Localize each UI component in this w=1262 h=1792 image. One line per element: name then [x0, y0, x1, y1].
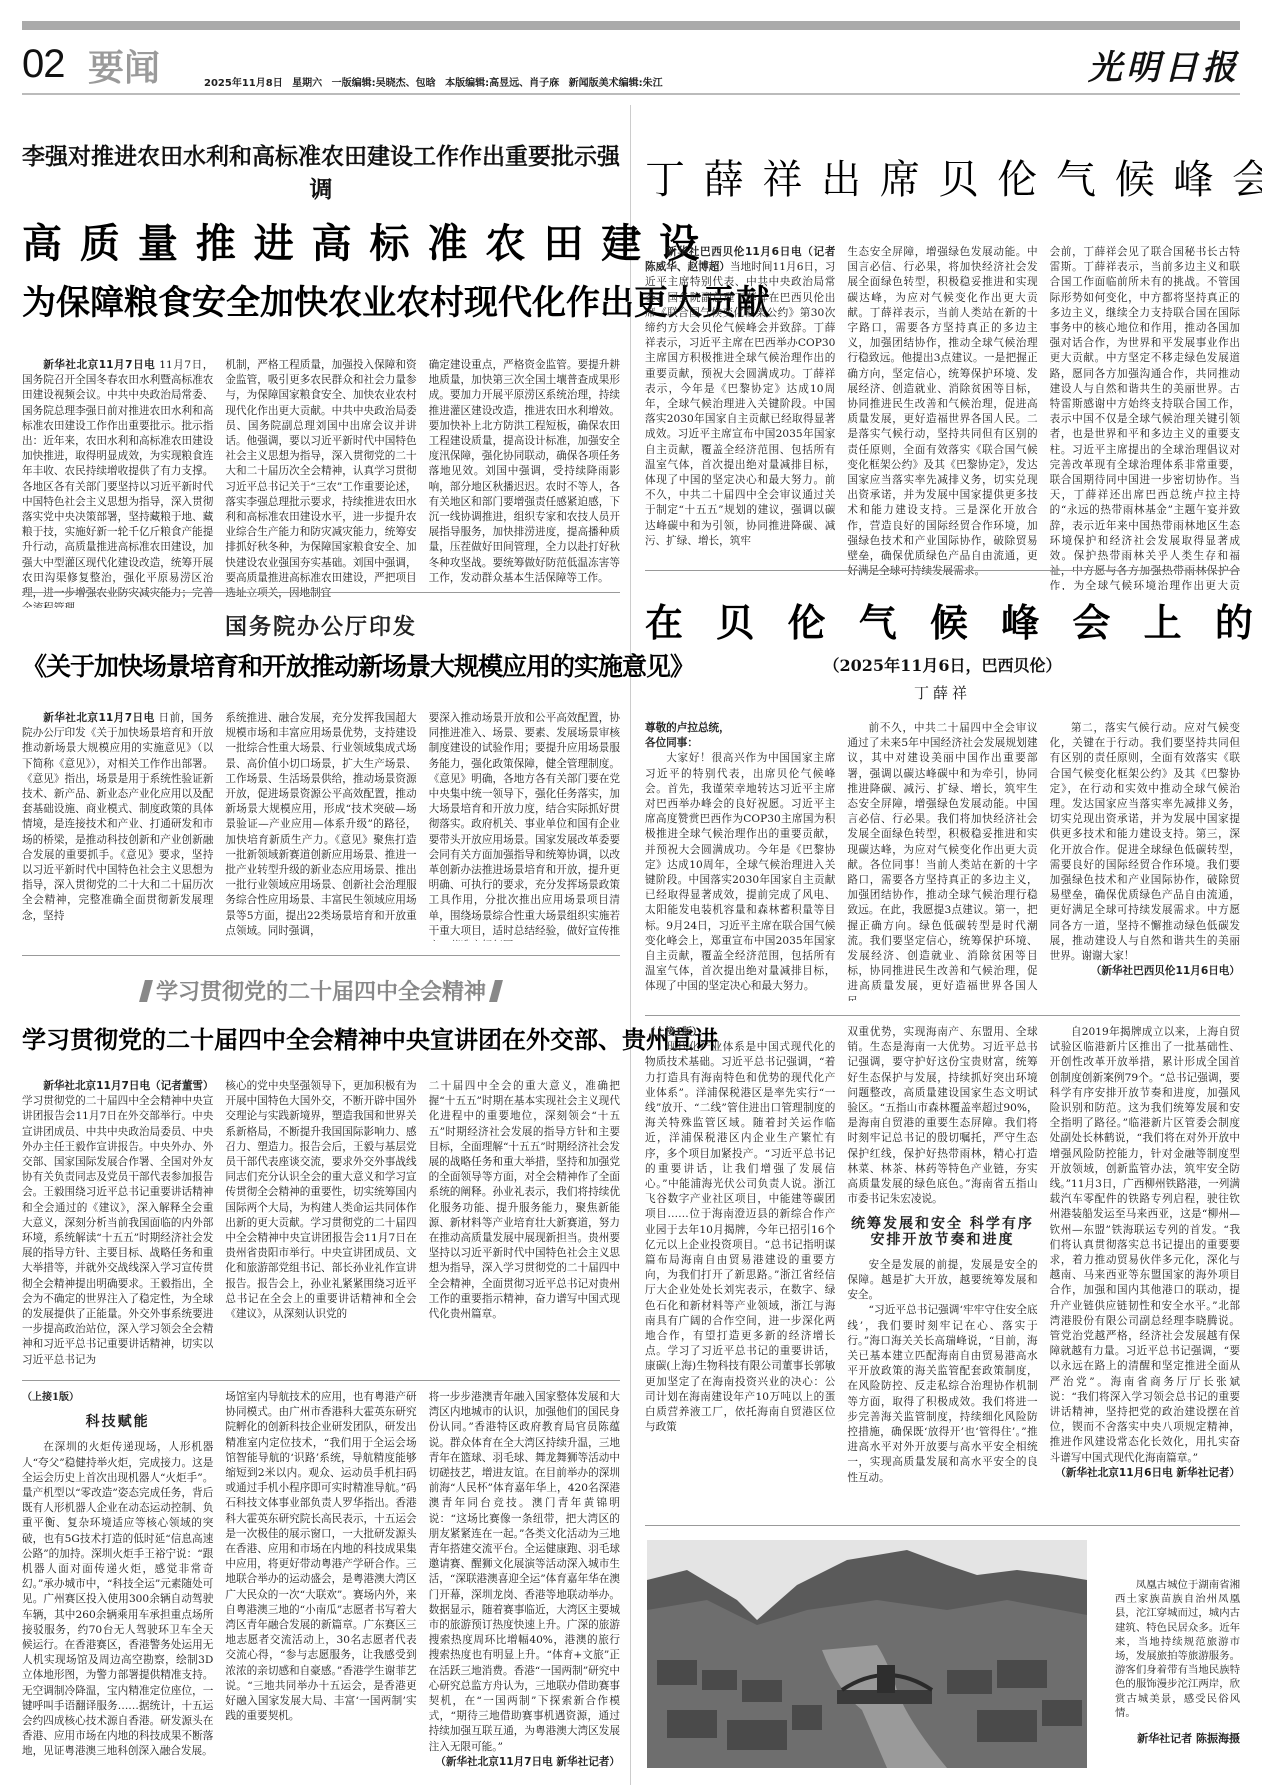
salutation: 尊敬的卢拉总统，	[645, 721, 835, 736]
photo-caption: 凤凰古城位于湖南省湘西土家族苗族自治州凤凰县，沱江穿城而过，城内古建筑、特色民居…	[1115, 1578, 1240, 1746]
page-number: 02	[22, 42, 65, 87]
article-headline: 《关于加快场景培育和开放推动新场景大规模应用的实施意见》	[22, 647, 620, 683]
section-rule	[22, 1380, 620, 1381]
article-body: （上接1版） 科技赋能 在深圳的火炬传递现场，人形机器人“夸父”稳健持举火炬，完…	[22, 1390, 620, 1785]
section-rule	[22, 955, 620, 956]
article-tech-culture: （上接1版） 科技赋能 在深圳的火炬传递现场，人形机器人“夸父”稳健持举火炬，完…	[22, 1390, 620, 1785]
article-headline: 高 质 量 推 进 高 标 准 农 田 建 设	[22, 212, 620, 269]
dateline: 新华社北京11月7日电	[43, 712, 154, 724]
slash-decoration	[139, 980, 153, 1002]
speech-author: 丁薛祥	[645, 682, 1240, 703]
article-body: 尊敬的卢拉总统， 各位同事： 大家好！很高兴作为中国国家主席习近平的特别代表，出…	[645, 721, 1240, 1001]
photo-illustration	[647, 1540, 1087, 1768]
section-rule	[645, 570, 1240, 571]
continued-label: （上接1版）	[22, 1390, 213, 1405]
article-fourth-plenum: 学习贯彻党的二十届四中全会精神 学习贯彻党的二十届四中全会精神中央宣讲团在外交部…	[22, 975, 620, 1369]
article-subhead: 科技赋能	[22, 1415, 213, 1430]
dateline: 新华社北京11月7日电	[43, 359, 155, 371]
article-hainan: （上接1版） 现代化产业体系是中国式现代化的物质技术基础。习近平总书记强调，“着…	[645, 1025, 1240, 1500]
article-subhead: 统筹发展和安全 科学有序安排开放节奏和进度	[847, 1217, 1037, 1247]
article-speech: 在 贝 伦 气 候 峰 会 上 的 发 言 （2025年11月6日，巴西贝伦） …	[645, 592, 1240, 1001]
article-body: 新华社巴西贝伦11月6日电（记者陈威华、赵博超）当地时间11月6日，习近平主席特…	[645, 245, 1240, 590]
speech-dateline: （2025年11月6日，巴西贝伦）	[645, 653, 1240, 676]
article-farmland: 李强对推进农田水利和高标准农田建设工作作出重要批示强调 高 质 量 推 进 高 …	[22, 138, 620, 608]
issue-info: 2025年11月8日 星期六 一版编辑:吴晓杰、包晗 本版编辑:高昱远、肖子庥 …	[204, 74, 663, 89]
column-divider	[630, 105, 631, 1785]
article-body: 新华社北京11月7日电（记者董雪）学习贯彻党的二十届四中全会精神中央宣讲团报告会…	[22, 1079, 620, 1369]
slash-decoration	[489, 980, 503, 1002]
series-label: 学习贯彻党的二十届四中全会精神	[22, 975, 620, 1006]
article-headline: 在 贝 伦 气 候 峰 会 上 的 发 言	[645, 592, 1240, 647]
section-rule	[645, 1015, 1240, 1016]
masthead-rule	[22, 93, 1240, 95]
article-kicker: 李强对推进农田水利和高标准农田建设工作作出重要批示强调	[22, 138, 620, 204]
sign-off: （新华社北京11月6日电 新华社记者）	[1050, 1466, 1240, 1481]
sign-off: （新华社巴西贝伦11月6日电）	[1050, 964, 1240, 979]
article-headline: 学习贯彻党的二十届四中全会精神中央宣讲团在外交部、贵州宣讲	[22, 1020, 620, 1055]
article-body: 新华社北京11月7日电 日前，国务院办公厅印发《关于加快场景培育和开放推动新场景…	[22, 711, 620, 941]
continued-label: （上接1版）	[645, 1025, 835, 1040]
sign-off: （新华社北京11月7日电 新华社记者）	[429, 1755, 620, 1770]
article-climate-summit: 丁 薛 祥 出 席 贝 伦 气 候 峰 会 并 致 辞 新华社巴西贝伦11月6日…	[645, 148, 1240, 590]
article-scenario-opinion: 国务院办公厅印发 《关于加快场景培育和开放推动新场景大规模应用的实施意见》 新华…	[22, 610, 620, 941]
section-rule	[645, 1525, 1240, 1526]
photo-credit: 新华社记者 陈振海摄	[1115, 1732, 1240, 1746]
article-body: 新华社北京11月7日电 11月7日，国务院召开全国冬春农田水利暨高标准农田建设视…	[22, 358, 620, 608]
newspaper-logo: 光明日报	[1088, 40, 1240, 89]
masthead-top-bar	[22, 21, 1240, 30]
fenghuang-ancient-town-photo	[647, 1540, 1087, 1768]
section-rule	[22, 592, 620, 593]
article-headline: 丁 薛 祥 出 席 贝 伦 气 候 峰 会 并 致 辞	[645, 148, 1240, 205]
section-name: 要闻	[88, 40, 160, 91]
article-headline-secondary: 为保障粮食安全加快农业农村现代化作出更大贡献	[22, 275, 620, 324]
salutation: 各位同事：	[645, 736, 835, 751]
article-kicker: 国务院办公厅印发	[22, 610, 620, 641]
dateline: 新华社北京11月7日电（记者董雪）	[43, 1080, 213, 1092]
masthead: 02 要闻 2025年11月8日 星期六 一版编辑:吴晓杰、包晗 本版编辑:高昱…	[22, 40, 1240, 92]
article-body: （上接1版） 现代化产业体系是中国式现代化的物质技术基础。习近平总书记强调，“着…	[645, 1025, 1240, 1500]
